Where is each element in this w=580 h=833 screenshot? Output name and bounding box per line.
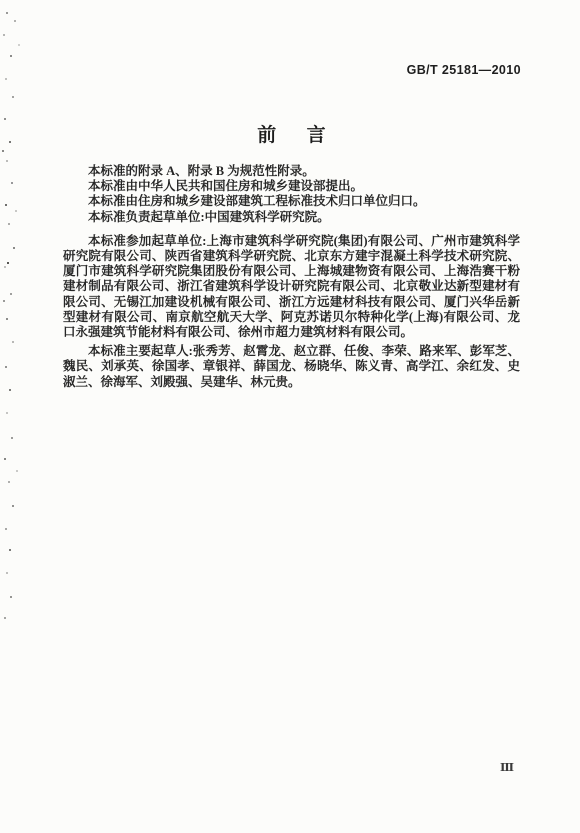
foreword-paragraph: 本标准由中华人民共和国住房和城乡建设部提出。: [63, 179, 520, 194]
page-number: Ⅲ: [500, 760, 514, 774]
foreword-body: 本标准的附录 A、附录 B 为规范性附录。 本标准由中华人民共和国住房和城乡建设…: [63, 164, 520, 390]
page-title: 前言: [63, 120, 520, 147]
foreword-paragraph: 本标准的附录 A、附录 B 为规范性附录。: [63, 164, 520, 179]
scan-noise-artifact: [0, 0, 2, 2]
foreword-paragraph: 本标准负责起草单位:中国建筑科学研究院。: [63, 210, 520, 225]
foreword-paragraph: 本标准主要起草人:张秀芳、赵霄龙、赵立群、任俊、李荣、路来军、彭军芝、魏民、刘承…: [63, 344, 520, 390]
scanned-standard-page: GB/T 25181—2010 前言 本标准的附录 A、附录 B 为规范性附录。…: [0, 0, 580, 833]
foreword-paragraph: 本标准参加起草单位:上海市建筑科学研究院(集团)有限公司、广州市建筑科学研究院有…: [63, 234, 520, 340]
standard-code: GB/T 25181—2010: [407, 63, 521, 77]
foreword-paragraph: 本标准由住房和城乡建设部建筑工程标准技术归口单位归口。: [63, 194, 520, 209]
